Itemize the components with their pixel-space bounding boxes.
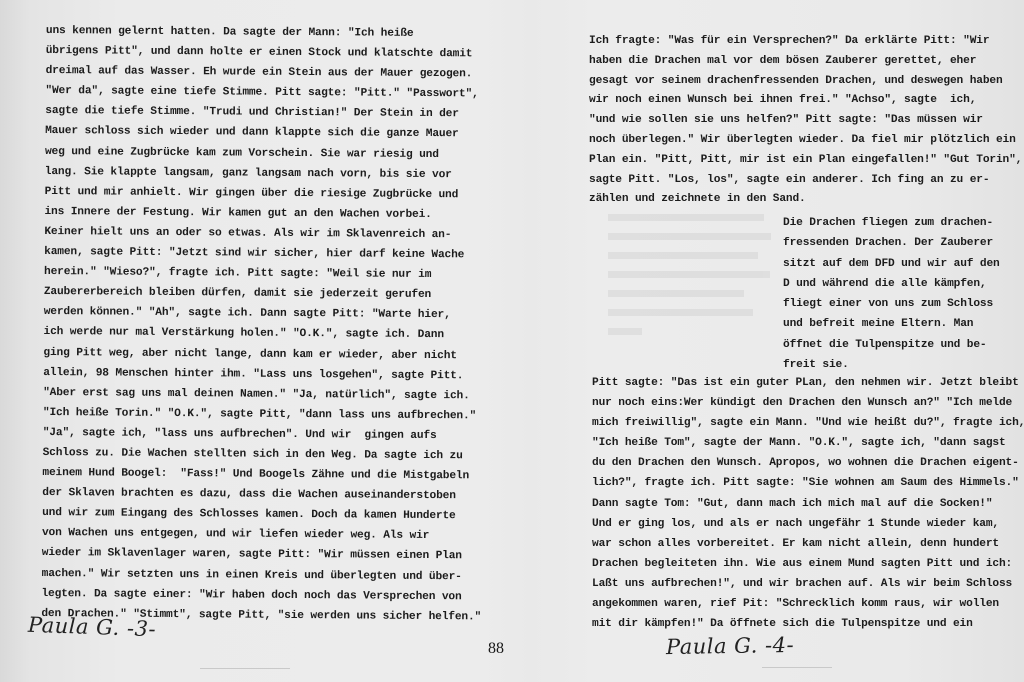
text-line: Laßt uns aufbrechen!", und wir brachen a… — [592, 574, 1024, 594]
inset-text-line: Die Drachen fliegen zum drachen- — [783, 213, 1000, 233]
faint-rule-left — [200, 668, 290, 669]
left-page: uns kennen gelernt hatten. Da sagte der … — [0, 0, 512, 682]
text-line: zählen und zeichnete in den Sand. — [589, 190, 1022, 210]
book-spread: uns kennen gelernt hatten. Da sagte der … — [0, 0, 1024, 682]
text-line: "Ich heiße Tom", sagte der Mann. "O.K.",… — [592, 433, 1024, 453]
text-line: nur noch eins:Wer kündigt den Drachen de… — [592, 393, 1024, 413]
text-line: angekommen waren, rief Pit: "Schrecklich… — [592, 594, 1024, 614]
right-page-bottom-text: Pitt sagte: "Das ist ein guter PLan, den… — [592, 373, 1024, 634]
text-line: Dann sagte Tom: "Gut, dann mach ich mich… — [592, 494, 1024, 514]
text-line: war schon alles vorbereitet. Er kam nich… — [592, 534, 1024, 554]
text-line: Plan ein. "Pitt, Pitt, mir ist ein Plan … — [589, 151, 1022, 171]
faint-rule — [762, 667, 832, 668]
left-page-signature: Paula G. -3- — [28, 613, 157, 641]
inset-text-line: fressenden Drachen. Der Zauberer — [783, 233, 1000, 253]
text-line: wir noch einen Wunsch bei ihnen frei." "… — [589, 91, 1022, 111]
inset-text-line: fliegt einer von uns zum Schloss — [783, 294, 1000, 314]
text-line: wieder im Sklavenlager waren, sagte Pitt… — [42, 543, 482, 567]
show-through-text — [608, 214, 778, 344]
text-line: lich?", fragte ich. Pitt sagte: "Sie woh… — [592, 473, 1024, 493]
text-line: mich freiwillig", sagte ein Mann. "Und w… — [592, 413, 1024, 433]
text-line: mit dir kämpfen!" Da öffnete sich die Tu… — [592, 614, 1024, 634]
right-page-inset-text: Die Drachen fliegen zum drachen-fressend… — [783, 213, 1000, 375]
text-line: Pitt sagte: "Das ist ein guter PLan, den… — [592, 373, 1024, 393]
text-line: du den Drachen den Wunsch. Apropos, wo w… — [592, 453, 1024, 473]
text-line: "und wie sollen sie uns helfen?" Pitt sa… — [589, 111, 1022, 131]
right-page: Ich fragte: "Was für ein Versprechen?" D… — [512, 0, 1024, 682]
left-page-text: uns kennen gelernt hatten. Da sagte der … — [41, 21, 485, 627]
text-line: sagte Pitt. "Los, los", sagte ein andere… — [589, 171, 1022, 191]
inset-text-line: D und während die alle kämpfen, — [783, 274, 1000, 294]
page-number: 88 — [488, 640, 504, 658]
text-line: Ich fragte: "Was für ein Versprechen?" D… — [589, 32, 1022, 52]
inset-text-line: und befreit meine Eltern. Man — [783, 314, 1000, 334]
text-line: Drachen begleiteten ihn. Wie aus einem M… — [592, 554, 1024, 574]
inset-text-line: öffnet die Tulpenspitze und be- — [783, 335, 1000, 355]
text-line: haben die Drachen mal vor dem bösen Zaub… — [589, 52, 1022, 72]
text-line: gesagt vor seinem drachenfressenden Drac… — [589, 72, 1022, 92]
text-line: Mauer schloss sich wieder und dann klapp… — [45, 121, 485, 145]
text-line: noch überlegen." Wir überlegten wieder. … — [589, 131, 1022, 151]
inset-text-line: sitzt auf dem DFD und wir auf den — [783, 254, 1000, 274]
text-line: Und er ging los, und als er nach ungefäh… — [592, 514, 1024, 534]
right-page-top-text: Ich fragte: "Was für ein Versprechen?" D… — [589, 32, 1022, 210]
right-page-signature: Paula G. -4- — [666, 633, 794, 659]
text-line: ich werde nur mal Verstärkung holen." "O… — [43, 322, 483, 346]
